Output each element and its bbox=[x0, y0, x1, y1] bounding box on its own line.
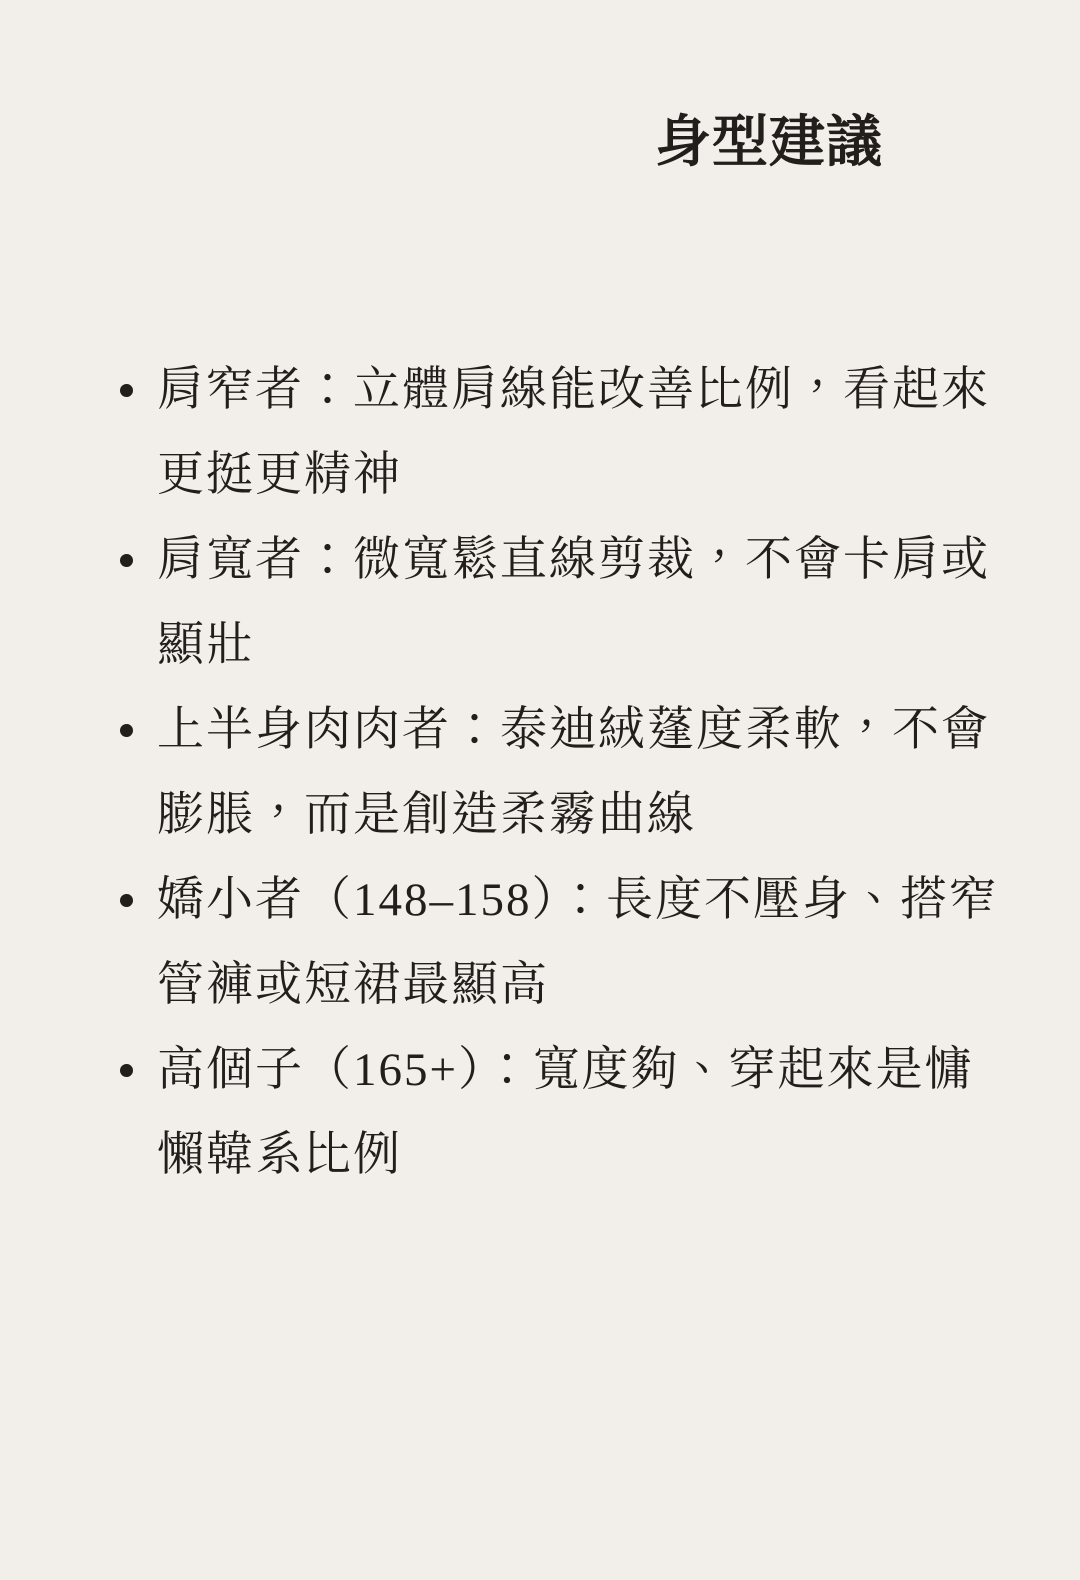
list-item-text: 上半身肉肉者：泰迪絨蓬度柔軟，不會膨脹，而是創造柔霧曲線 bbox=[157, 688, 1005, 858]
bullet-icon bbox=[120, 688, 157, 737]
body-type-advice-page: 身型建議 肩窄者：立體肩線能改善比例，看起來更挺更精神 肩寬者：微寬鬆直線剪裁，… bbox=[0, 0, 1080, 1580]
page-title: 身型建議 bbox=[655, 110, 883, 177]
list-item: 肩寬者：微寬鬆直線剪裁，不會卡肩或顯壯 bbox=[120, 518, 1005, 688]
bullet-icon bbox=[120, 1028, 157, 1077]
list-item-text: 肩窄者：立體肩線能改善比例，看起來更挺更精神 bbox=[157, 348, 1005, 518]
list-item: 嬌小者（148–158）：長度不壓身、搭窄管褲或短裙最顯高 bbox=[120, 858, 1005, 1028]
bullet-icon bbox=[120, 858, 157, 907]
list-item: 上半身肉肉者：泰迪絨蓬度柔軟，不會膨脹，而是創造柔霧曲線 bbox=[120, 688, 1005, 858]
list-item: 肩窄者：立體肩線能改善比例，看起來更挺更精神 bbox=[120, 348, 1005, 518]
list-item-text: 高個子（165+）：寬度夠、穿起來是慵懶韓系比例 bbox=[157, 1028, 1005, 1198]
bullet-icon bbox=[120, 518, 157, 567]
list-item-text: 嬌小者（148–158）：長度不壓身、搭窄管褲或短裙最顯高 bbox=[157, 858, 1005, 1028]
list-item: 高個子（165+）：寬度夠、穿起來是慵懶韓系比例 bbox=[120, 1028, 1005, 1198]
list-item-text: 肩寬者：微寬鬆直線剪裁，不會卡肩或顯壯 bbox=[157, 518, 1005, 688]
bullet-icon bbox=[120, 348, 157, 397]
advice-list: 肩窄者：立體肩線能改善比例，看起來更挺更精神 肩寬者：微寬鬆直線剪裁，不會卡肩或… bbox=[120, 348, 1005, 1198]
